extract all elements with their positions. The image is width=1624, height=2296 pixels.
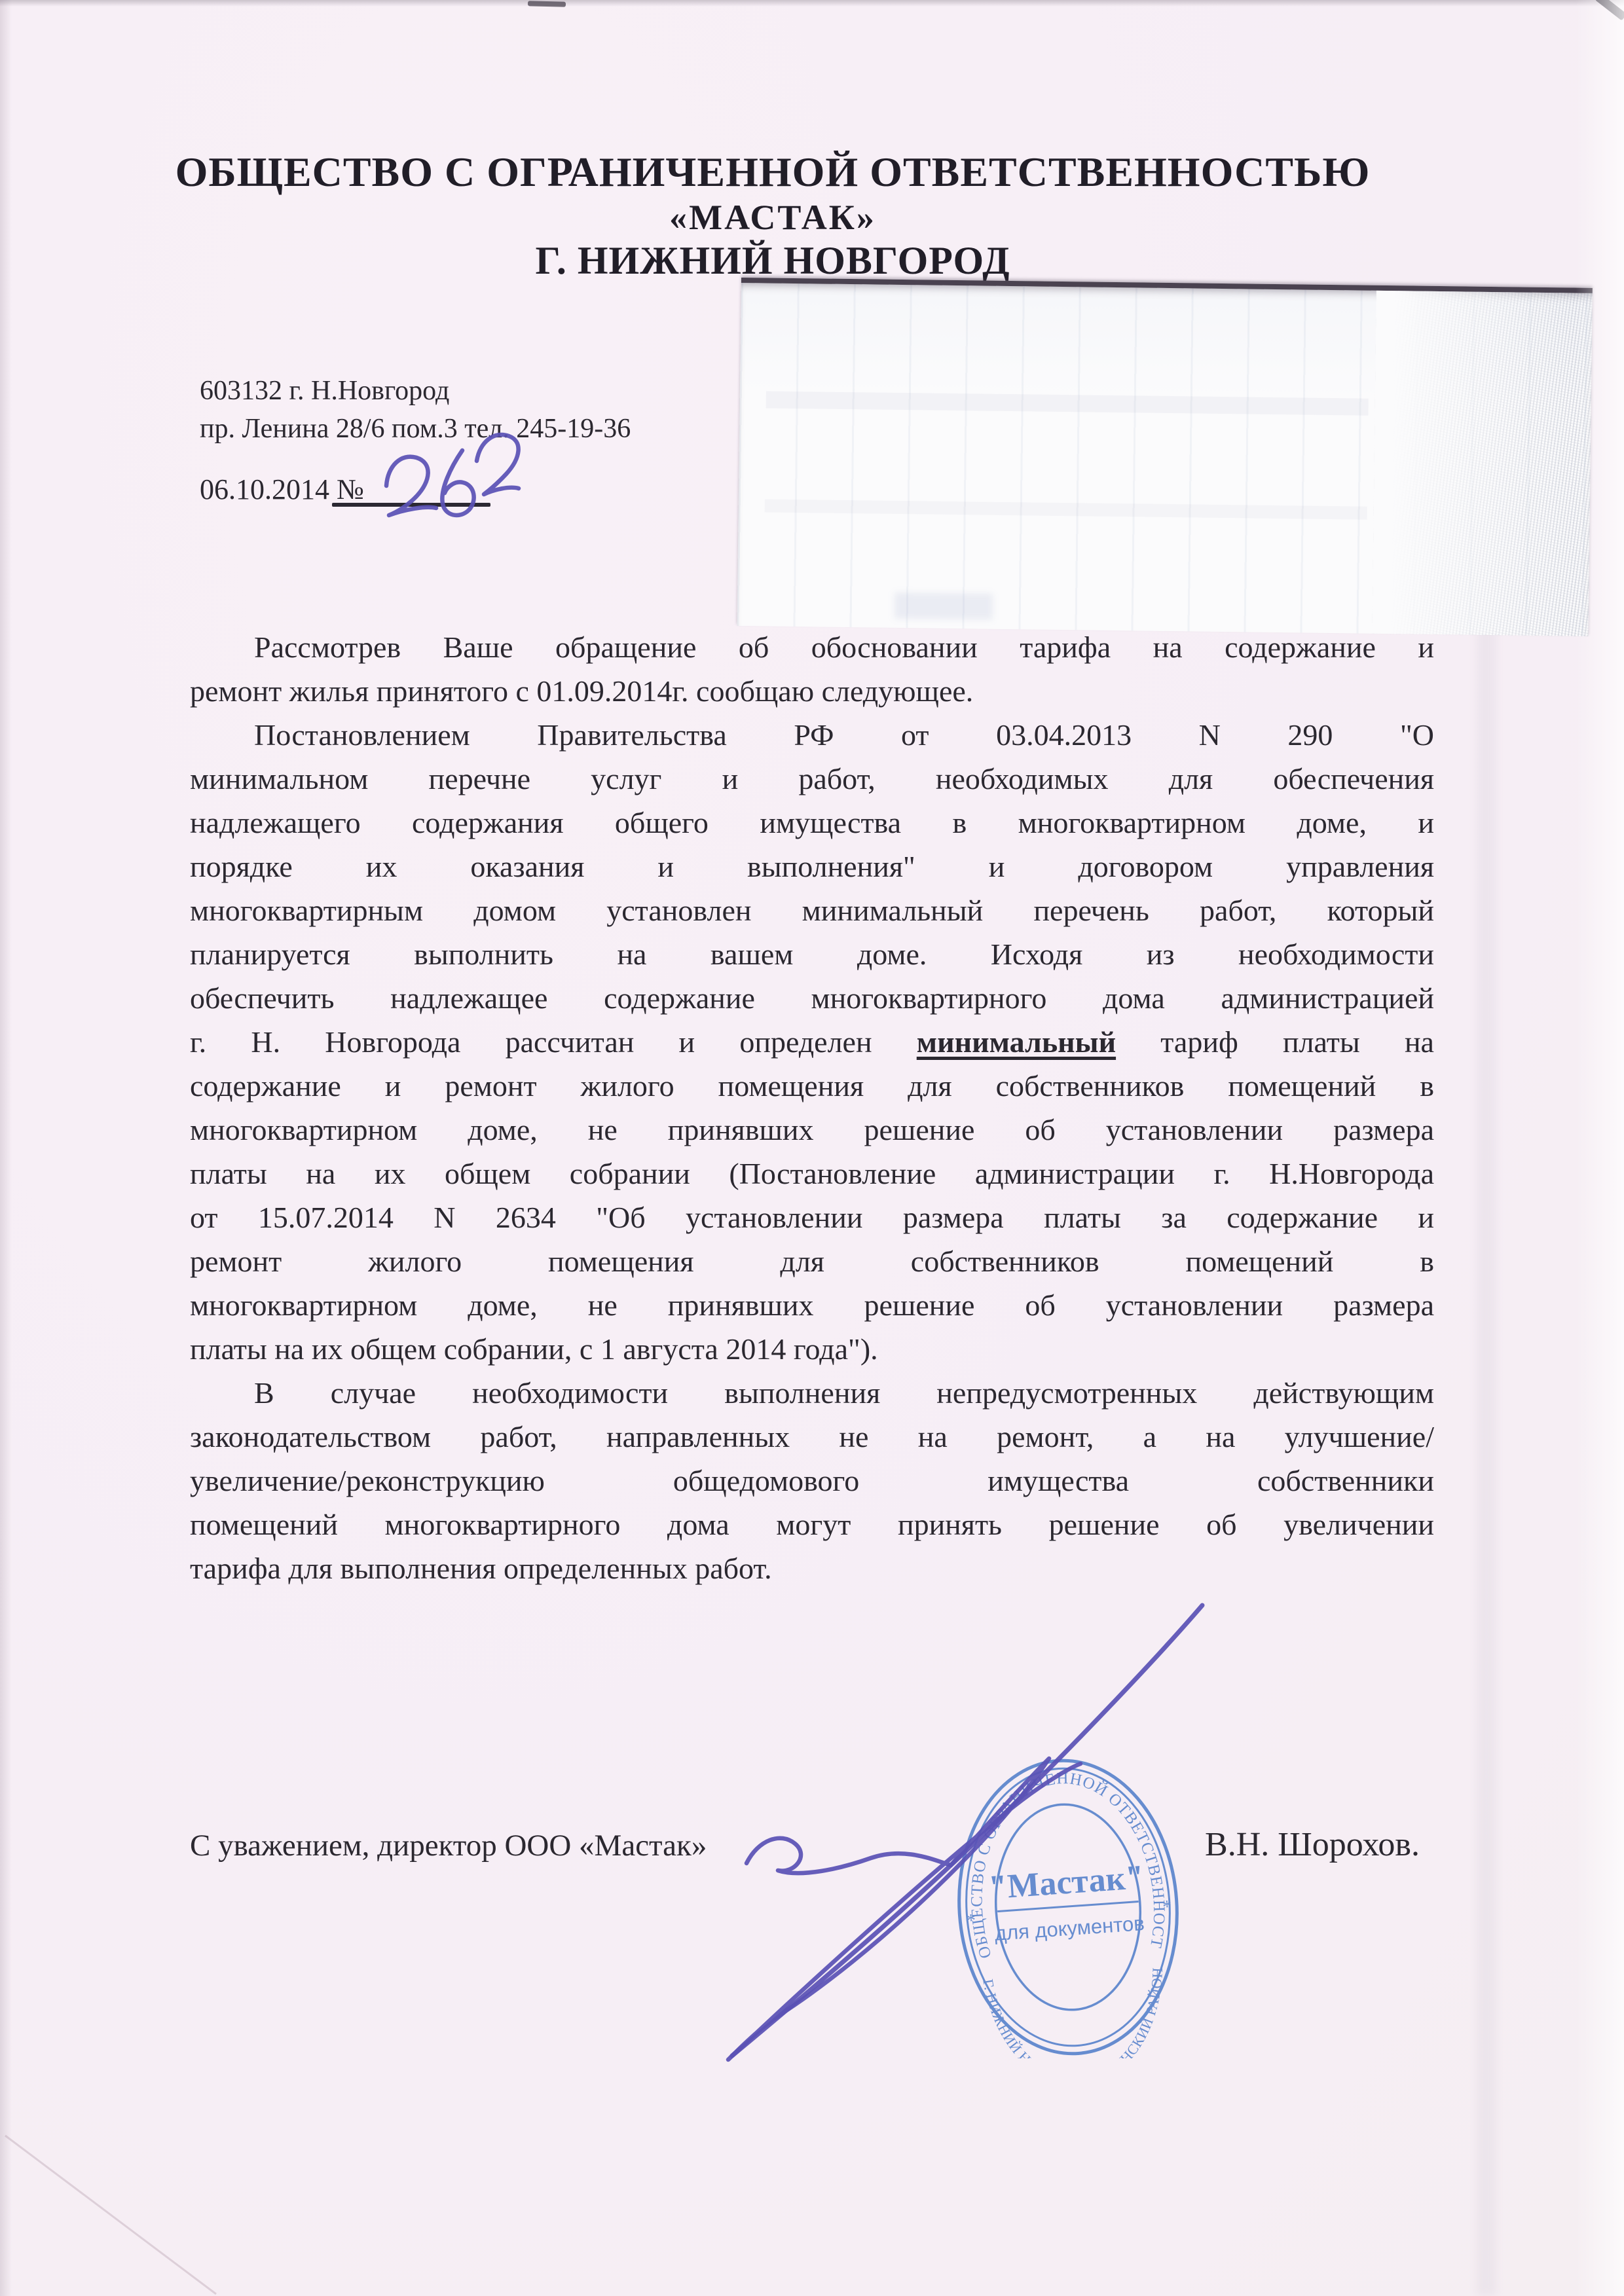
body-line-text: В случае необходимости выполнения непред… — [254, 1376, 1434, 1410]
body-line: планируется выполнить на вашем доме. Исх… — [190, 932, 1434, 976]
body-line-text: планируется выполнить на вашем доме. Исх… — [190, 938, 1434, 971]
body-line: минимальном перечне услуг и работ, необх… — [190, 757, 1434, 801]
body-line: обеспечить надлежащее содержание многокв… — [190, 976, 1434, 1020]
number-sign: № — [337, 473, 364, 505]
body-line: платы на их общем собрании (Постановлени… — [190, 1152, 1434, 1195]
company-city-line: Г. НИЖНИЙ НОВГОРОД — [0, 238, 1545, 283]
body-line-text: многоквартирным домом установлен минимал… — [190, 894, 1434, 927]
scanned-letter-page: ОБЩЕСТВО С ОГРАНИЧЕННОЙ ОТВЕТСТВЕННОСТЬЮ… — [0, 0, 1624, 2296]
body-line: помещений многоквартирного дома могут пр… — [190, 1503, 1434, 1546]
body-line-text: ремонт жилья принятого с 01.09.2014г. со… — [190, 674, 973, 708]
body-line-text: многоквартирном доме, не принявших решен… — [190, 1113, 1434, 1146]
body-line-text: Рассмотрев Ваше обращение об обосновании… — [254, 630, 1434, 664]
body-line-text: содержание и ремонт жилого помещения для… — [190, 1069, 1434, 1102]
body-line: содержание и ремонт жилого помещения для… — [190, 1064, 1434, 1108]
taped-note-overlay — [737, 278, 1593, 636]
date-number-line: 06.10.2014 № — [200, 473, 364, 506]
body-line: от 15.07.2014 N 2634 "Об установлении ра… — [190, 1195, 1434, 1239]
body-line-text: надлежащего содержания общего имущества … — [190, 806, 1434, 839]
ghost-table-band — [766, 391, 1369, 415]
body-line: порядке их оказания и выполнения" и дого… — [190, 845, 1434, 888]
scan-right-edge-band — [1576, 0, 1624, 2296]
stamp-star-right: * — [1162, 1897, 1172, 1918]
stamp-star-left: * — [966, 1910, 976, 1931]
director-name: В.Н. Шорохов. — [1205, 1825, 1420, 1864]
round-company-stamp: ОБЩЕСТВО С ОГРАНИЧЕННОЙ ОТВЕТСТВЕННОСТЬЮ… — [953, 1756, 1183, 2058]
body-line-text: увеличение/реконструкцию общедомового им… — [190, 1464, 1434, 1497]
sender-address-block: 603132 г. Н.Новгород пр. Ленина 28/6 пом… — [200, 372, 631, 448]
body-line-text: помещений многоквартирного дома могут пр… — [190, 1508, 1434, 1541]
letterhead: ОБЩЕСТВО С ОГРАНИЧЕННОЙ ОТВЕТСТВЕННОСТЬЮ… — [0, 148, 1624, 283]
sender-postal-line: 603132 г. Н.Новгород — [200, 372, 631, 410]
body-line: В случае необходимости выполнения непред… — [190, 1371, 1434, 1415]
ghost-ink-bleed — [895, 592, 993, 620]
company-name-line: ОБЩЕСТВО С ОГРАНИЧЕННОЙ ОТВЕТСТВЕННОСТЬЮ — [0, 148, 1545, 196]
stamp-company-name: "Мастак" — [987, 1859, 1145, 1906]
svg-text:Г. НИЖНИЙ НОВГОРОД ЛЕНИНСКИЙ Р: Г. НИЖНИЙ НОВГОРОД ЛЕНИНСКИЙ РАЙОН — [980, 1966, 1173, 2058]
body-line: многоквартирным домом установлен минимал… — [190, 888, 1434, 932]
letter-date: 06.10.2014 — [200, 473, 329, 505]
body-line-text: от 15.07.2014 N 2634 "Об установлении ра… — [190, 1201, 1434, 1234]
closing-signoff: С уважением, директор ООО «Мастак» — [190, 1828, 707, 1863]
body-line-text: Постановлением Правительства РФ от 03.04… — [254, 718, 1434, 752]
body-line: надлежащего содержания общего имущества … — [190, 801, 1434, 845]
body-line: многоквартирном доме, не принявших решен… — [190, 1108, 1434, 1152]
reference-number-underline — [332, 503, 490, 507]
scan-streak-artifact — [1477, 622, 1496, 2296]
scan-top-edge-shadow — [0, 0, 1624, 7]
body-line: ремонт жилого помещения для собственнико… — [190, 1239, 1434, 1283]
body-line-text: платы на их общем собрании, с 1 августа … — [190, 1332, 878, 1366]
scan-left-edge-shadow — [0, 0, 12, 2296]
emphasized-word: минимальный — [917, 1025, 1116, 1059]
body-line-text: порядке их оказания и выполнения" и дого… — [190, 850, 1434, 883]
body-line-text: г. Н. Новгорода рассчитан и определен — [190, 1025, 917, 1059]
body-line-text: платы на их общем собрании (Постановлени… — [190, 1157, 1434, 1190]
body-line: платы на их общем собрании, с 1 августа … — [190, 1327, 1434, 1371]
paper-crease — [5, 2136, 216, 2294]
body-line: законодательством работ, направленных не… — [190, 1415, 1434, 1459]
body-line: тарифа для выполнения определенных работ… — [190, 1546, 1434, 1590]
body-line-text: обеспечить надлежащее содержание многокв… — [190, 981, 1434, 1015]
body-line: Рассмотрев Ваше обращение об обосновании… — [190, 625, 1434, 669]
body-line-text: многоквартирном доме, не принявших решен… — [190, 1288, 1434, 1322]
company-short-name-line: «МАСТАК» — [0, 196, 1545, 238]
body-line: ремонт жилья принятого с 01.09.2014г. со… — [190, 669, 1434, 713]
body-line: увеличение/реконструкцию общедомового им… — [190, 1459, 1434, 1503]
body-text: Рассмотрев Ваше обращение об обосновании… — [190, 625, 1434, 1590]
stamp-subtitle: для документов — [994, 1912, 1145, 1945]
body-line-text: законодательством работ, направленных не… — [190, 1420, 1434, 1453]
body-line-text: ремонт жилого помещения для собственнико… — [190, 1245, 1434, 1278]
scan-artifact-mark — [528, 1, 566, 7]
body-line-text: тариф платы на — [1116, 1025, 1434, 1059]
body-line: г. Н. Новгорода рассчитан и определен ми… — [190, 1020, 1434, 1064]
stamp-ring-text-bottom: Г. НИЖНИЙ НОВГОРОД ЛЕНИНСКИЙ РАЙОН — [980, 1966, 1173, 2058]
body-line: многоквартирном доме, не принявших решен… — [190, 1283, 1434, 1327]
ghost-table-band — [765, 499, 1367, 519]
scan-noise-band — [1372, 291, 1592, 636]
body-line-text: минимальном перечне услуг и работ, необх… — [190, 762, 1434, 795]
sender-street-phone-line: пр. Ленина 28/6 пом.3 тел. 245-19-36 — [200, 410, 631, 448]
body-line: Постановлением Правительства РФ от 03.04… — [190, 713, 1434, 757]
body-line-text: тарифа для выполнения определенных работ… — [190, 1552, 772, 1585]
